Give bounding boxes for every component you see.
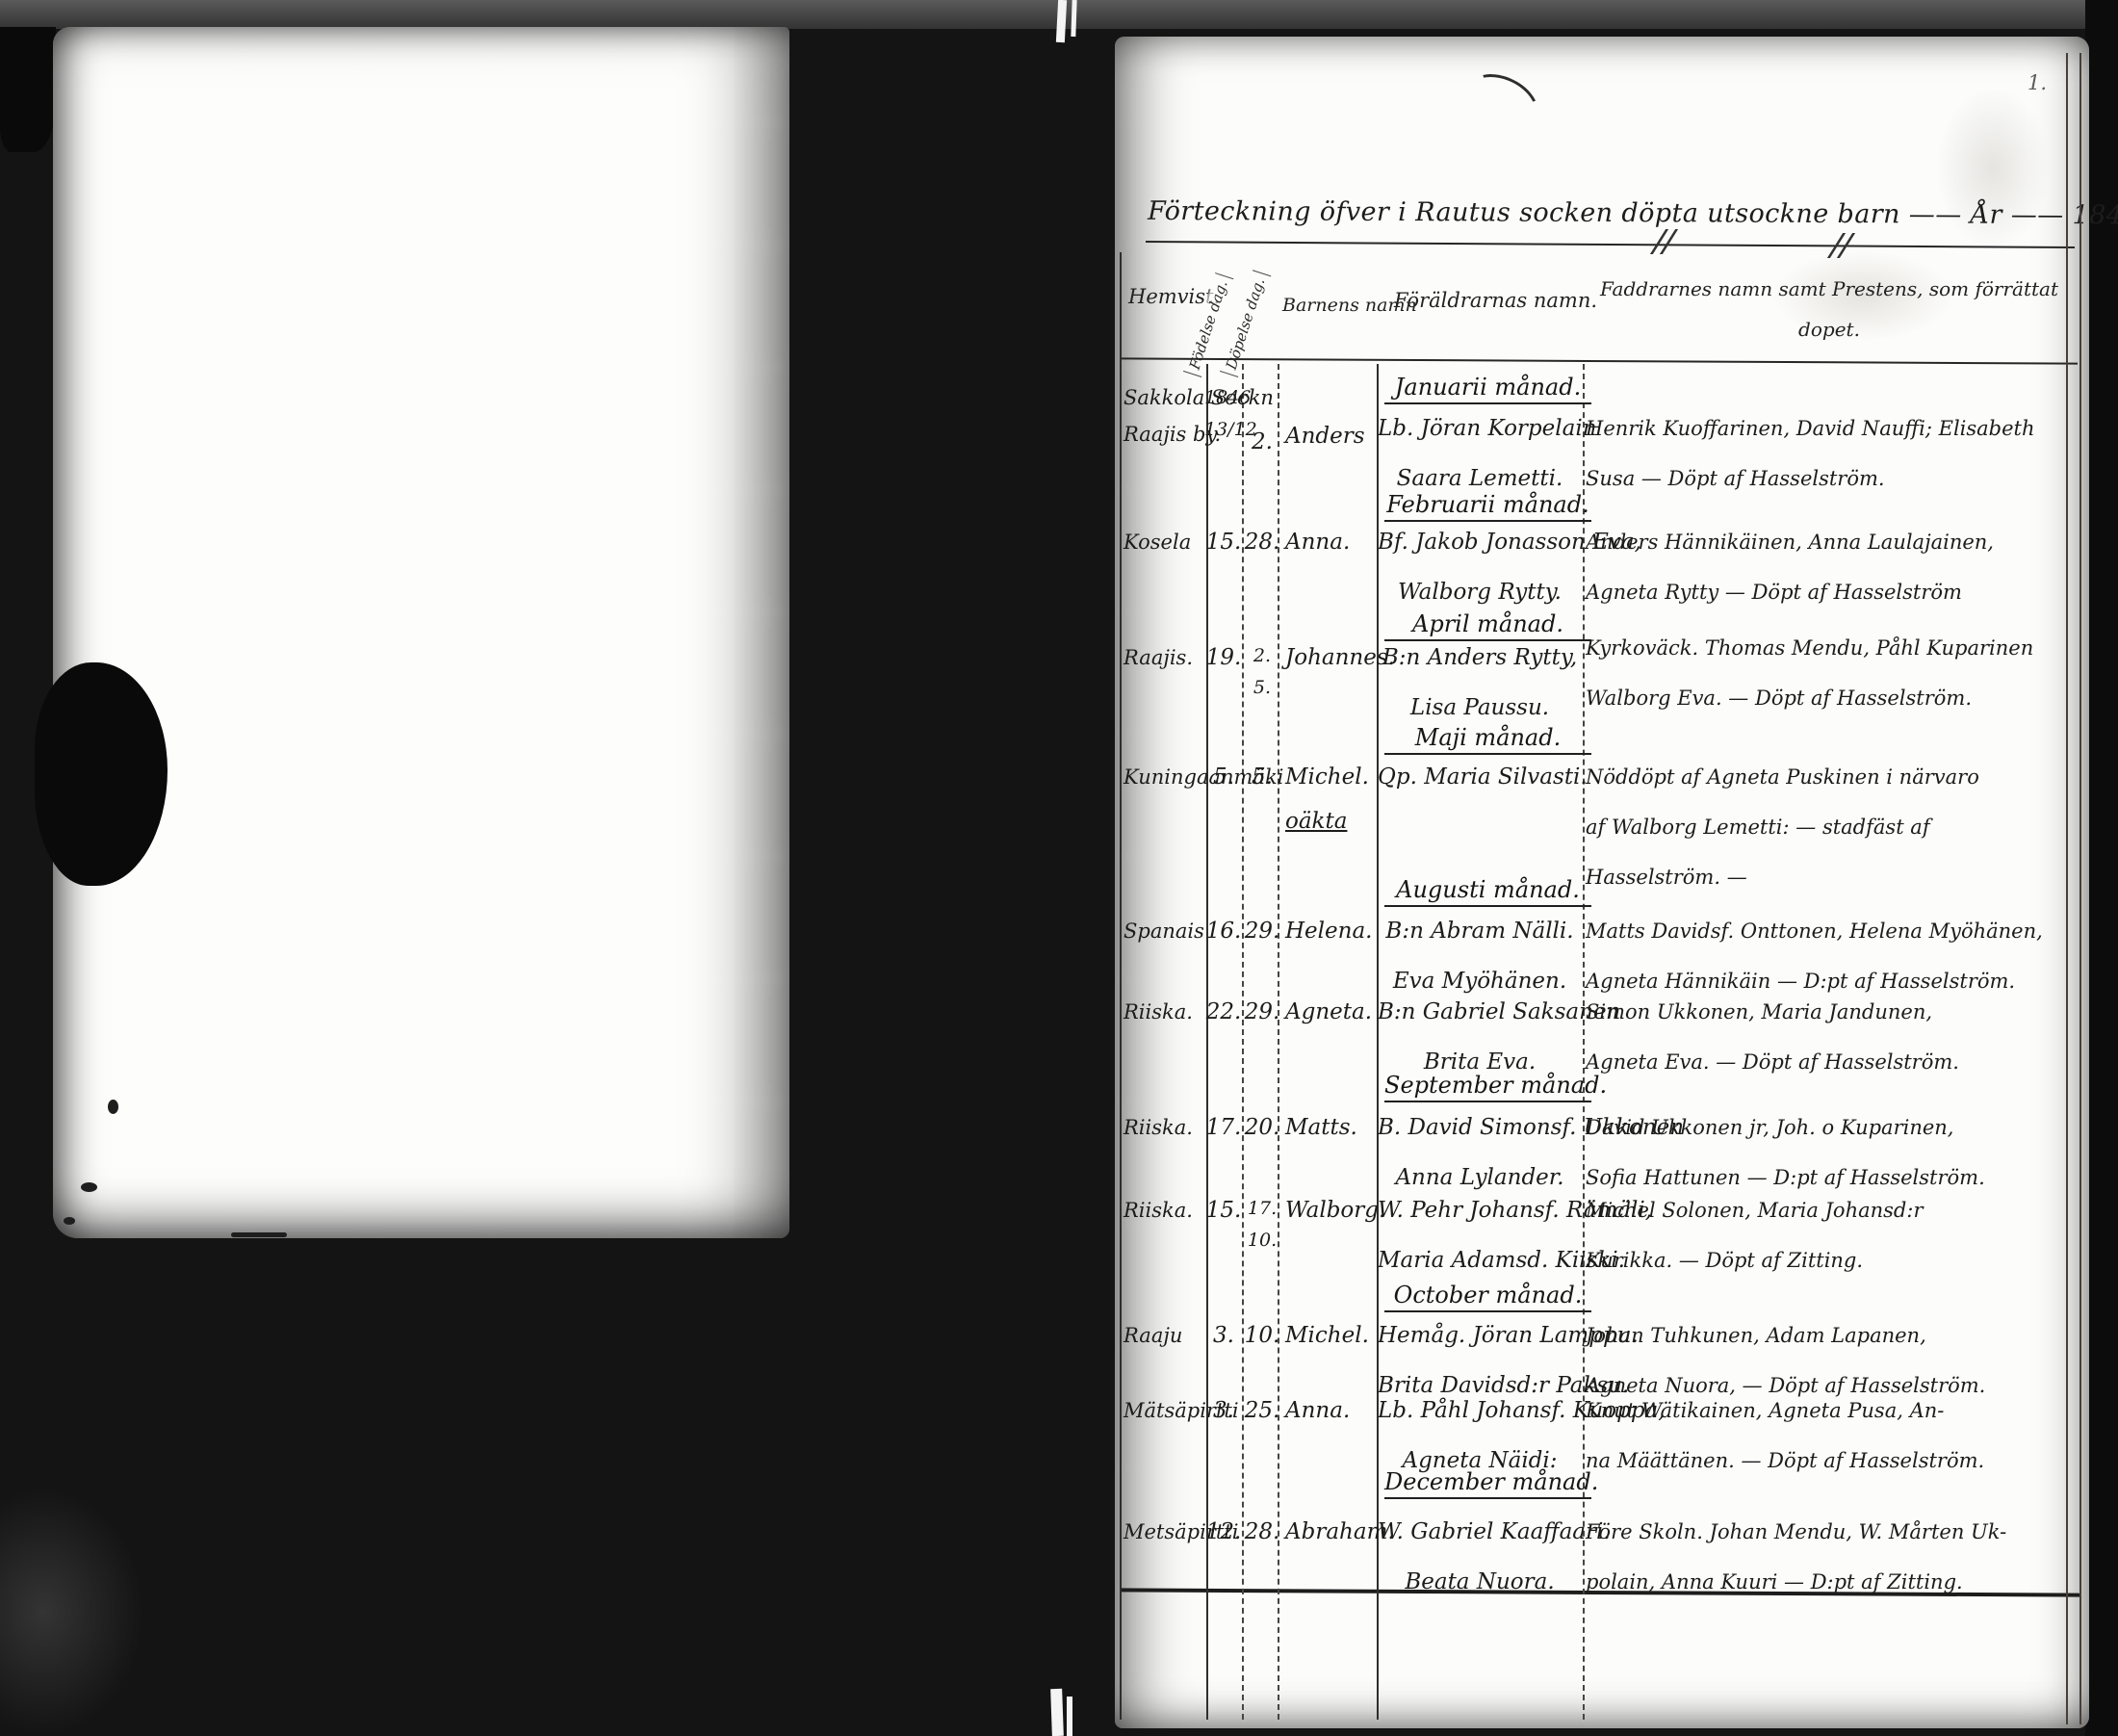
godparents-line: Före Skoln. Johan Mendu, W. Mårten Uk- xyxy=(1586,1517,2080,1568)
table-left-rule xyxy=(1120,252,1122,1720)
godparents: Före Skoln. Johan Mendu, W. Mårten Uk- p… xyxy=(1586,1517,2080,1618)
birth-date: 15. xyxy=(1204,1196,1243,1246)
godparents-line: Agneta Rytty — Döpt af Hasselström xyxy=(1586,578,2080,628)
parents-line: Lisa Paussu. xyxy=(1378,693,1582,743)
child-name: Anders xyxy=(1285,422,1380,466)
parents-line: Walborg Rytty. xyxy=(1378,578,1582,628)
baptism-line: 28. xyxy=(1242,1517,1282,1568)
baptism-line: 2. xyxy=(1242,428,1282,478)
birth-date: 15. xyxy=(1204,528,1243,578)
parents-line: Maria Adamsd. Kiiski. xyxy=(1378,1246,1582,1296)
register-title: Förteckning öfver i Rautus socken döpta … xyxy=(1148,196,2081,230)
godparents-line: Johan Tuhkunen, Adam Lapanen, xyxy=(1586,1321,2080,1371)
birth-date: 5. xyxy=(1204,763,1243,813)
baptism-line: 5. xyxy=(1242,675,1282,707)
birth-date: 3. xyxy=(1204,1396,1243,1446)
parents-line: Brita Eva. xyxy=(1378,1048,1582,1098)
baptism-line: 29. xyxy=(1242,917,1282,967)
birth-line: 15. xyxy=(1204,1196,1243,1246)
birth-line: 12. xyxy=(1204,1517,1243,1568)
birth-date: 12. xyxy=(1204,1517,1243,1568)
child-name: Anna. xyxy=(1285,528,1380,572)
parents-line: W. Gabriel Kaaffaari. xyxy=(1378,1517,1582,1568)
godparents: Knut Wätikainen, Agneta Pusa, An- na Mää… xyxy=(1586,1396,2080,1496)
birth-line: 3. xyxy=(1204,1321,1243,1371)
scan-right-band xyxy=(2085,0,2118,1736)
child-name-line: Abraham. xyxy=(1285,1517,1380,1562)
godparents-line: Walborg Eva. — Döpt af Hasselström. xyxy=(1586,684,2080,734)
godparents-line: Kurikka. — Döpt af Zitting. xyxy=(1586,1246,2080,1296)
parents: Bf. Jakob Jonasson Eva, Walborg Rytty. xyxy=(1378,528,1582,628)
child-name-line: Anna. xyxy=(1285,528,1380,572)
baptism-date: 17. 10. xyxy=(1242,1196,1282,1259)
child-name: Michel. oäkta xyxy=(1285,763,1380,851)
godparents-line: Simon Ukkonen, Maria Jandunen, xyxy=(1586,998,2080,1048)
child-name-line: Matts. xyxy=(1285,1113,1380,1157)
godparents-line: Matts Davidsf. Onttonen, Helena Myöhänen… xyxy=(1586,917,2080,967)
gutter-sliver xyxy=(1050,1689,1064,1736)
child-name-line: Helena. xyxy=(1285,917,1380,961)
birth-line: 16. xyxy=(1204,917,1243,967)
ink-speck xyxy=(108,1100,118,1114)
parents-line: Hemåg. Jöran Lamppu. xyxy=(1378,1321,1582,1371)
baptism-line: 29. xyxy=(1242,998,1282,1048)
parents-line: Lb. Jöran Korpelain xyxy=(1378,414,1582,464)
baptism-date: 28. xyxy=(1242,1517,1282,1568)
godparents-line: Agneta Eva. — Döpt af Hasselström. xyxy=(1586,1048,2080,1098)
godparents-line: Michel Solonen, Maria Johansd:r xyxy=(1586,1196,2080,1246)
child-name-line: Walborg. xyxy=(1285,1196,1380,1240)
baptism-date: 5. xyxy=(1242,763,1282,813)
baptism-line: 28. xyxy=(1242,528,1282,578)
ink-speck xyxy=(64,1217,75,1225)
month-heading: Januarii månad. xyxy=(1384,374,1591,404)
parents-line: Beata Nuora. xyxy=(1378,1568,1582,1618)
godparents-line: Susa — Döpt af Hasselström. xyxy=(1586,464,2080,514)
godparents-line: na Määttänen. — Döpt af Hasselström. xyxy=(1586,1446,2080,1496)
birth-date: 17. xyxy=(1204,1113,1243,1163)
gutter-sliver xyxy=(1056,0,1067,42)
godparents-line: Knut Wätikainen, Agneta Pusa, An- xyxy=(1586,1396,2080,1446)
baptism-line: 10. xyxy=(1242,1321,1282,1371)
parents: W. Gabriel Kaaffaari. Beata Nuora. xyxy=(1378,1517,1582,1618)
godparents-line: af Walborg Lemetti: — stadfäst af xyxy=(1586,813,2080,863)
parents: B:n Gabriel Saksanen Brita Eva. xyxy=(1378,998,1582,1098)
child-name-line: Michel. xyxy=(1285,1321,1380,1365)
godparents-line: Henrik Kuoffarinen, David Nauffi; Elisab… xyxy=(1586,414,2080,464)
child-name: Helena. xyxy=(1285,917,1380,961)
birth-line: 5. xyxy=(1204,763,1243,813)
birth-date: 1846 13/12 xyxy=(1204,385,1243,449)
baptism-line: 2. xyxy=(1242,643,1282,675)
parents-line: B:n Anders Rytty, xyxy=(1378,643,1582,693)
scanned-register-page: 1. Förteckning öfver i Rautus socken döp… xyxy=(0,0,2118,1736)
baptism-line: 17. xyxy=(1242,1196,1282,1228)
godparents: Henrik Kuoffarinen, David Nauffi; Elisab… xyxy=(1586,414,2080,514)
parents: Lb. Jöran Korpelain Saara Lemetti. xyxy=(1378,414,1582,514)
parents: W. Pehr Johansf. Rämäli, Maria Adamsd. K… xyxy=(1378,1196,1582,1296)
godparents-line: David Ukkonen jr, Joh. o Kuparinen, xyxy=(1586,1113,2080,1163)
child-name: Walborg. xyxy=(1285,1196,1380,1240)
baptism-date: 29. xyxy=(1242,917,1282,967)
parents: B:n Anders Rytty, Lisa Paussu. xyxy=(1378,643,1582,743)
parents-line: W. Pehr Johansf. Rämäli, xyxy=(1378,1196,1582,1246)
baptism-line: 20. xyxy=(1242,1113,1282,1163)
birth-line: 15. xyxy=(1204,528,1243,578)
baptism-line: 10. xyxy=(1242,1228,1282,1259)
page-number: 1. xyxy=(2028,71,2047,94)
godparents-line: polain, Anna Kuuri — D:pt af Zitting. xyxy=(1586,1568,2080,1618)
parents-line: Lb. Påhl Johansf. Kuoppa, xyxy=(1378,1396,1582,1446)
child-name-line: Anders xyxy=(1285,422,1380,466)
child-name: Agneta. xyxy=(1285,998,1380,1042)
godparents: Simon Ukkonen, Maria Jandunen, Agneta Ev… xyxy=(1586,998,2080,1098)
baptism-date: 29. xyxy=(1242,998,1282,1048)
parents-line: B. David Simonsf. Ukkonen xyxy=(1378,1113,1582,1163)
parents-line: B:n Abram Nälli. xyxy=(1378,917,1582,967)
header-godparents-line2: dopet. xyxy=(1588,318,2070,341)
child-name-line: Michel. xyxy=(1285,763,1380,807)
baptism-date: 2. xyxy=(1242,428,1282,478)
child-name: Johannes. xyxy=(1285,643,1380,687)
birth-date: 22. xyxy=(1204,998,1243,1048)
child-name: Matts. xyxy=(1285,1113,1380,1157)
parents: Qp. Maria Silvasti. xyxy=(1378,763,1582,813)
child-name-line: oäkta xyxy=(1285,807,1380,851)
birth-date: 16. xyxy=(1204,917,1243,967)
child-name: Anna. xyxy=(1285,1396,1380,1440)
ink-speck xyxy=(81,1182,97,1192)
scan-bottom-left-blotch xyxy=(0,1488,144,1736)
godparents-line: Kyrkoväck. Thomas Mendu, Påhl Kuparinen xyxy=(1586,634,2080,684)
header-parents: Föräldrarnas namn. xyxy=(1394,289,1597,312)
godparents-line: Hasselström. — xyxy=(1586,863,2080,913)
baptism-date: 25. xyxy=(1242,1396,1282,1446)
godparents-line: Anders Hännikäinen, Anna Laulajainen, xyxy=(1586,528,2080,578)
birth-line: 13/12 xyxy=(1204,417,1243,449)
birth-line: 17. xyxy=(1204,1113,1243,1163)
gutter-sliver xyxy=(1067,1697,1072,1736)
left-page xyxy=(53,27,789,1238)
child-name-line: Anna. xyxy=(1285,1396,1380,1440)
godparents: Kyrkoväck. Thomas Mendu, Påhl Kuparinen … xyxy=(1586,634,2080,734)
baptism-date: 28. xyxy=(1242,528,1282,578)
birth-line: 22. xyxy=(1204,998,1243,1048)
month-heading: Augusti månad. xyxy=(1384,876,1591,907)
birth-date: 3. xyxy=(1204,1321,1243,1371)
scan-corner-shadow xyxy=(0,27,56,152)
child-name-line: Johannes. xyxy=(1285,643,1380,687)
baptism-line: 25. xyxy=(1242,1396,1282,1446)
column-rule-dashed xyxy=(1583,364,1585,1720)
child-name: Michel. xyxy=(1285,1321,1380,1365)
baptism-date: 10. xyxy=(1242,1321,1282,1371)
gutter-sliver xyxy=(1071,0,1076,37)
child-name: Abraham. xyxy=(1285,1517,1380,1562)
baptism-line: 5. xyxy=(1242,763,1282,813)
birth-line: 1846 xyxy=(1204,385,1243,417)
godparents: Michel Solonen, Maria Johansd:r Kurikka.… xyxy=(1586,1196,2080,1296)
birth-line: 3. xyxy=(1204,1396,1243,1446)
parents-line: Qp. Maria Silvasti. xyxy=(1378,763,1582,813)
godparents-line: Nöddöpt af Agneta Puskinen i närvaro xyxy=(1586,763,2080,813)
parents-line: B:n Gabriel Saksanen xyxy=(1378,998,1582,1048)
godparents: Anders Hännikäinen, Anna Laulajainen, Ag… xyxy=(1586,528,2080,628)
baptism-date: 20. xyxy=(1242,1113,1282,1163)
child-name-line: Agneta. xyxy=(1285,998,1380,1042)
godparents: Nöddöpt af Agneta Puskinen i närvaro af … xyxy=(1586,763,2080,913)
baptism-date: 2. 5. xyxy=(1242,643,1282,707)
parents-line: Bf. Jakob Jonasson Eva, xyxy=(1378,528,1582,578)
birth-line: 19. xyxy=(1204,643,1243,693)
parents-line: Saara Lemetti. xyxy=(1378,464,1582,514)
ink-speck xyxy=(231,1232,287,1237)
parents-line: Agneta Näidi: xyxy=(1378,1446,1582,1496)
parents: Lb. Påhl Johansf. Kuoppa, Agneta Näidi: xyxy=(1378,1396,1582,1496)
header-godparents-line1: Faddrarnes namn samt Prestens, som förrä… xyxy=(1588,277,2070,300)
birth-date: 19. xyxy=(1204,643,1243,693)
